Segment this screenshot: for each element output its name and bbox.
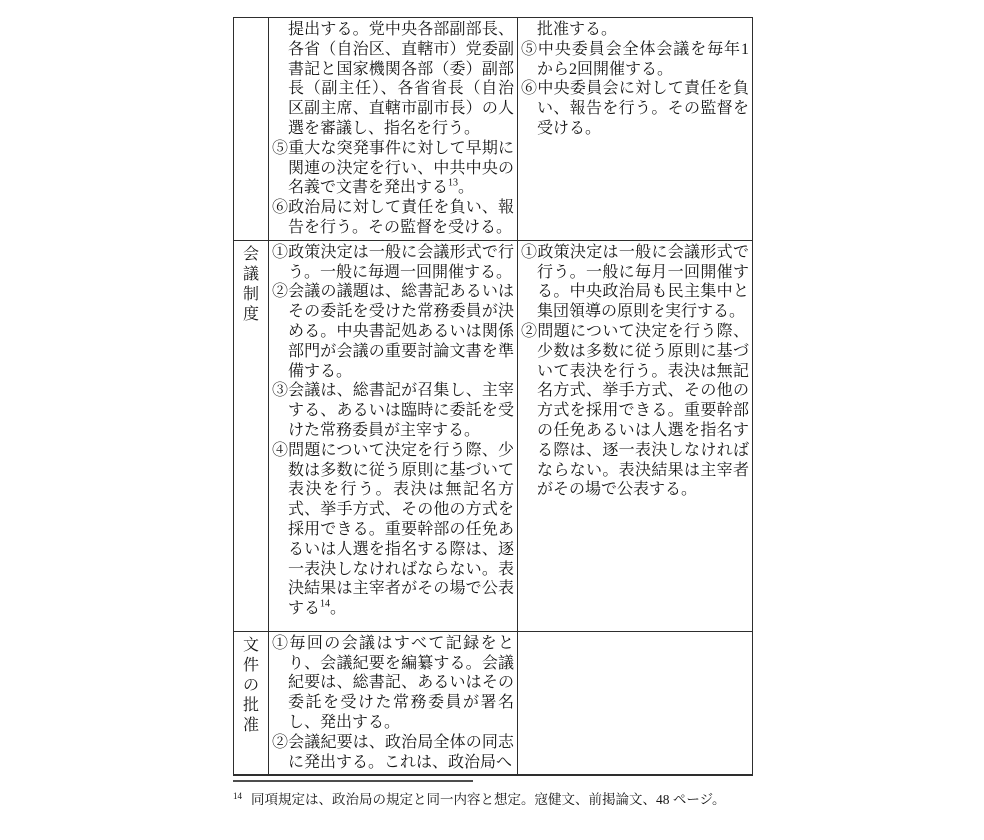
footnote-area: 14同項規定は、政治局の規定と同一内容と想定。寇健文、前掲論文、48 ページ。 [233,780,793,809]
row-label-char: 件 [234,656,268,676]
item-number-marker: ⑤ [272,140,288,157]
item-text-after: 。 [458,179,474,196]
row-label-char: 議 [234,265,268,285]
row-label-char: 批 [234,696,268,716]
item-text: 会議の議題は、総書記あるいはその委託を受けた常務委員が決める。中央書記処あるいは… [288,283,514,379]
item-number-marker: ① [272,635,289,652]
item-text: 問題について決定を行う際、少数は多数に従う原則に基づいて表決を行う。表決は無記名… [537,323,749,498]
continuation-item: 批准する。 [521,20,749,40]
row-label-char: の [234,676,268,696]
row-label-cell: 文件の批准 [234,632,269,775]
left-column-cell: ①毎回の会議はすべて記録をとり、会議紀要を編纂する。会議紀要は、総書記、あるいは… [269,632,518,775]
footnote-separator-line [233,780,473,782]
table-row: 会議制度①政策決定は一般に会議形式で行う。一般に毎週一回開催する。②会議の議題は… [234,240,752,631]
right-column-cell: 批准する。⑤中央委員会全体会議を毎年1から2回開催する。⑥中央委員会に対して責任… [518,18,752,240]
item-text: 政策決定は一般に会議形式で行う。一般に毎月一回開催する。中央政治局も民主集中と集… [537,244,749,320]
item-number-marker: ⑥ [272,199,288,216]
item-text: 政策決定は一般に会議形式で行う。一般に毎週一回開催する。 [288,244,514,281]
item-number-marker: ⑤ [521,41,538,58]
numbered-item: ①毎回の会議はすべて記録をとり、会議紀要を編纂する。会議紀要は、総書記、あるいは… [272,634,514,733]
right-column-cell [518,632,752,775]
row-label-char: 会 [234,245,268,265]
numbered-item: ⑤重大な突発事件に対して早期に関連の決定を行い、中共中央の名義で文書を発出する1… [272,139,514,198]
item-number-marker: ② [272,734,288,751]
item-text: 会議紀要は、政治局全体の同志に発出する。これは、政治局へ [288,734,514,771]
row-label-char: 文 [234,636,268,656]
right-column-cell: ①政策決定は一般に会議形式で行う。一般に毎月一回開催する。中央政治局も民主集中と… [518,241,752,631]
item-text: 政治局に対して責任を負い、報告を行う。その監督を受ける。 [288,199,514,236]
footnote-reference: 13 [448,178,458,189]
numbered-item: ①政策決定は一般に会議形式で行う。一般に毎週一回開催する。 [272,243,514,283]
item-number-marker: ③ [272,382,288,399]
numbered-item: ③会議は、総書記が召集し、主宰する、あるいは臨時に委託を受けた常務委員が主宰する… [272,381,514,440]
row-label-char: 制 [234,285,268,305]
table-row: 提出する。党中央各部副部長、各省（自治区、直轄市）党委副書記と国家機関各部（委）… [234,18,752,240]
rules-comparison-table: 提出する。党中央各部副部長、各省（自治区、直轄市）党委副書記と国家機関各部（委）… [233,17,753,776]
item-number-marker: ② [272,283,288,300]
left-column-cell: 提出する。党中央各部副部長、各省（自治区、直轄市）党委副書記と国家機関各部（委）… [269,18,518,240]
footnote-marker: 14 [233,791,242,801]
numbered-item: ②会議紀要は、政治局全体の同志に発出する。これは、政治局へ [272,733,514,773]
table-row: 文件の批准①毎回の会議はすべて記録をとり、会議紀要を編纂する。会議紀要は、総書記… [234,631,752,775]
footnote-text: 同項規定は、政治局の規定と同一内容と想定。寇健文、前掲論文、48 ページ。 [251,792,726,807]
footnote-reference: 14 [320,599,330,610]
continuation-item: 提出する。党中央各部副部長、各省（自治区、直轄市）党委副書記と国家機関各部（委）… [272,20,514,139]
numbered-item: ⑥政治局に対して責任を負い、報告を行う。その監督を受ける。 [272,198,514,238]
numbered-item: ④問題について決定を行う際、少数は多数に従う原則に基づいて表決を行う。表決は無記… [272,441,514,619]
item-text: 批准する。 [537,21,617,38]
item-number-marker: ⑥ [521,80,537,97]
item-text: 中央委員会全体会議を毎年1から2回開催する。 [537,41,749,78]
item-number-marker: ① [272,244,288,261]
item-text: 問題について決定を行う際、少数は多数に従う原則に基づいて表決を行う。表決は無記名… [288,442,514,617]
row-label-char: 度 [234,305,268,325]
footnote: 14同項規定は、政治局の規定と同一内容と想定。寇健文、前掲論文、48 ページ。 [233,791,793,809]
item-text: 重大な突発事件に対して早期に関連の決定を行い、中共中央の名義で文書を発出する [288,140,514,197]
row-label-cell [234,18,269,240]
numbered-item: ②会議の議題は、総書記あるいはその委託を受けた常務委員が決める。中央書記処あるい… [272,282,514,381]
item-number-marker: ② [521,323,537,340]
numbered-item: ⑥中央委員会に対して責任を負い、報告を行う。その監督を受ける。 [521,79,749,138]
numbered-item: ②問題について決定を行う際、少数は多数に従う原則に基づいて表決を行う。表決は無記… [521,322,749,500]
row-label-char: 准 [234,716,268,736]
row-label-cell: 会議制度 [234,241,269,631]
left-column-cell: ①政策決定は一般に会議形式で行う。一般に毎週一回開催する。②会議の議題は、総書記… [269,241,518,631]
numbered-item: ①政策決定は一般に会議形式で行う。一般に毎月一回開催する。中央政治局も民主集中と… [521,243,749,322]
item-number-marker: ① [521,244,537,261]
item-number-marker: ④ [272,442,288,459]
item-text: 会議は、総書記が召集し、主宰する、あるいは臨時に委託を受けた常務委員が主宰する。 [288,382,514,439]
item-text: 中央委員会に対して責任を負い、報告を行う。その監督を受ける。 [537,80,749,137]
item-text-after: 。 [330,600,346,617]
item-text: 提出する。党中央各部副部長、各省（自治区、直轄市）党委副書記と国家機関各部（委）… [288,21,514,137]
numbered-item: ⑤中央委員会全体会議を毎年1から2回開催する。 [521,40,749,80]
item-text: 毎回の会議はすべて記録をとり、会議紀要を編纂する。会議紀要は、総書記、あるいはそ… [288,635,514,731]
